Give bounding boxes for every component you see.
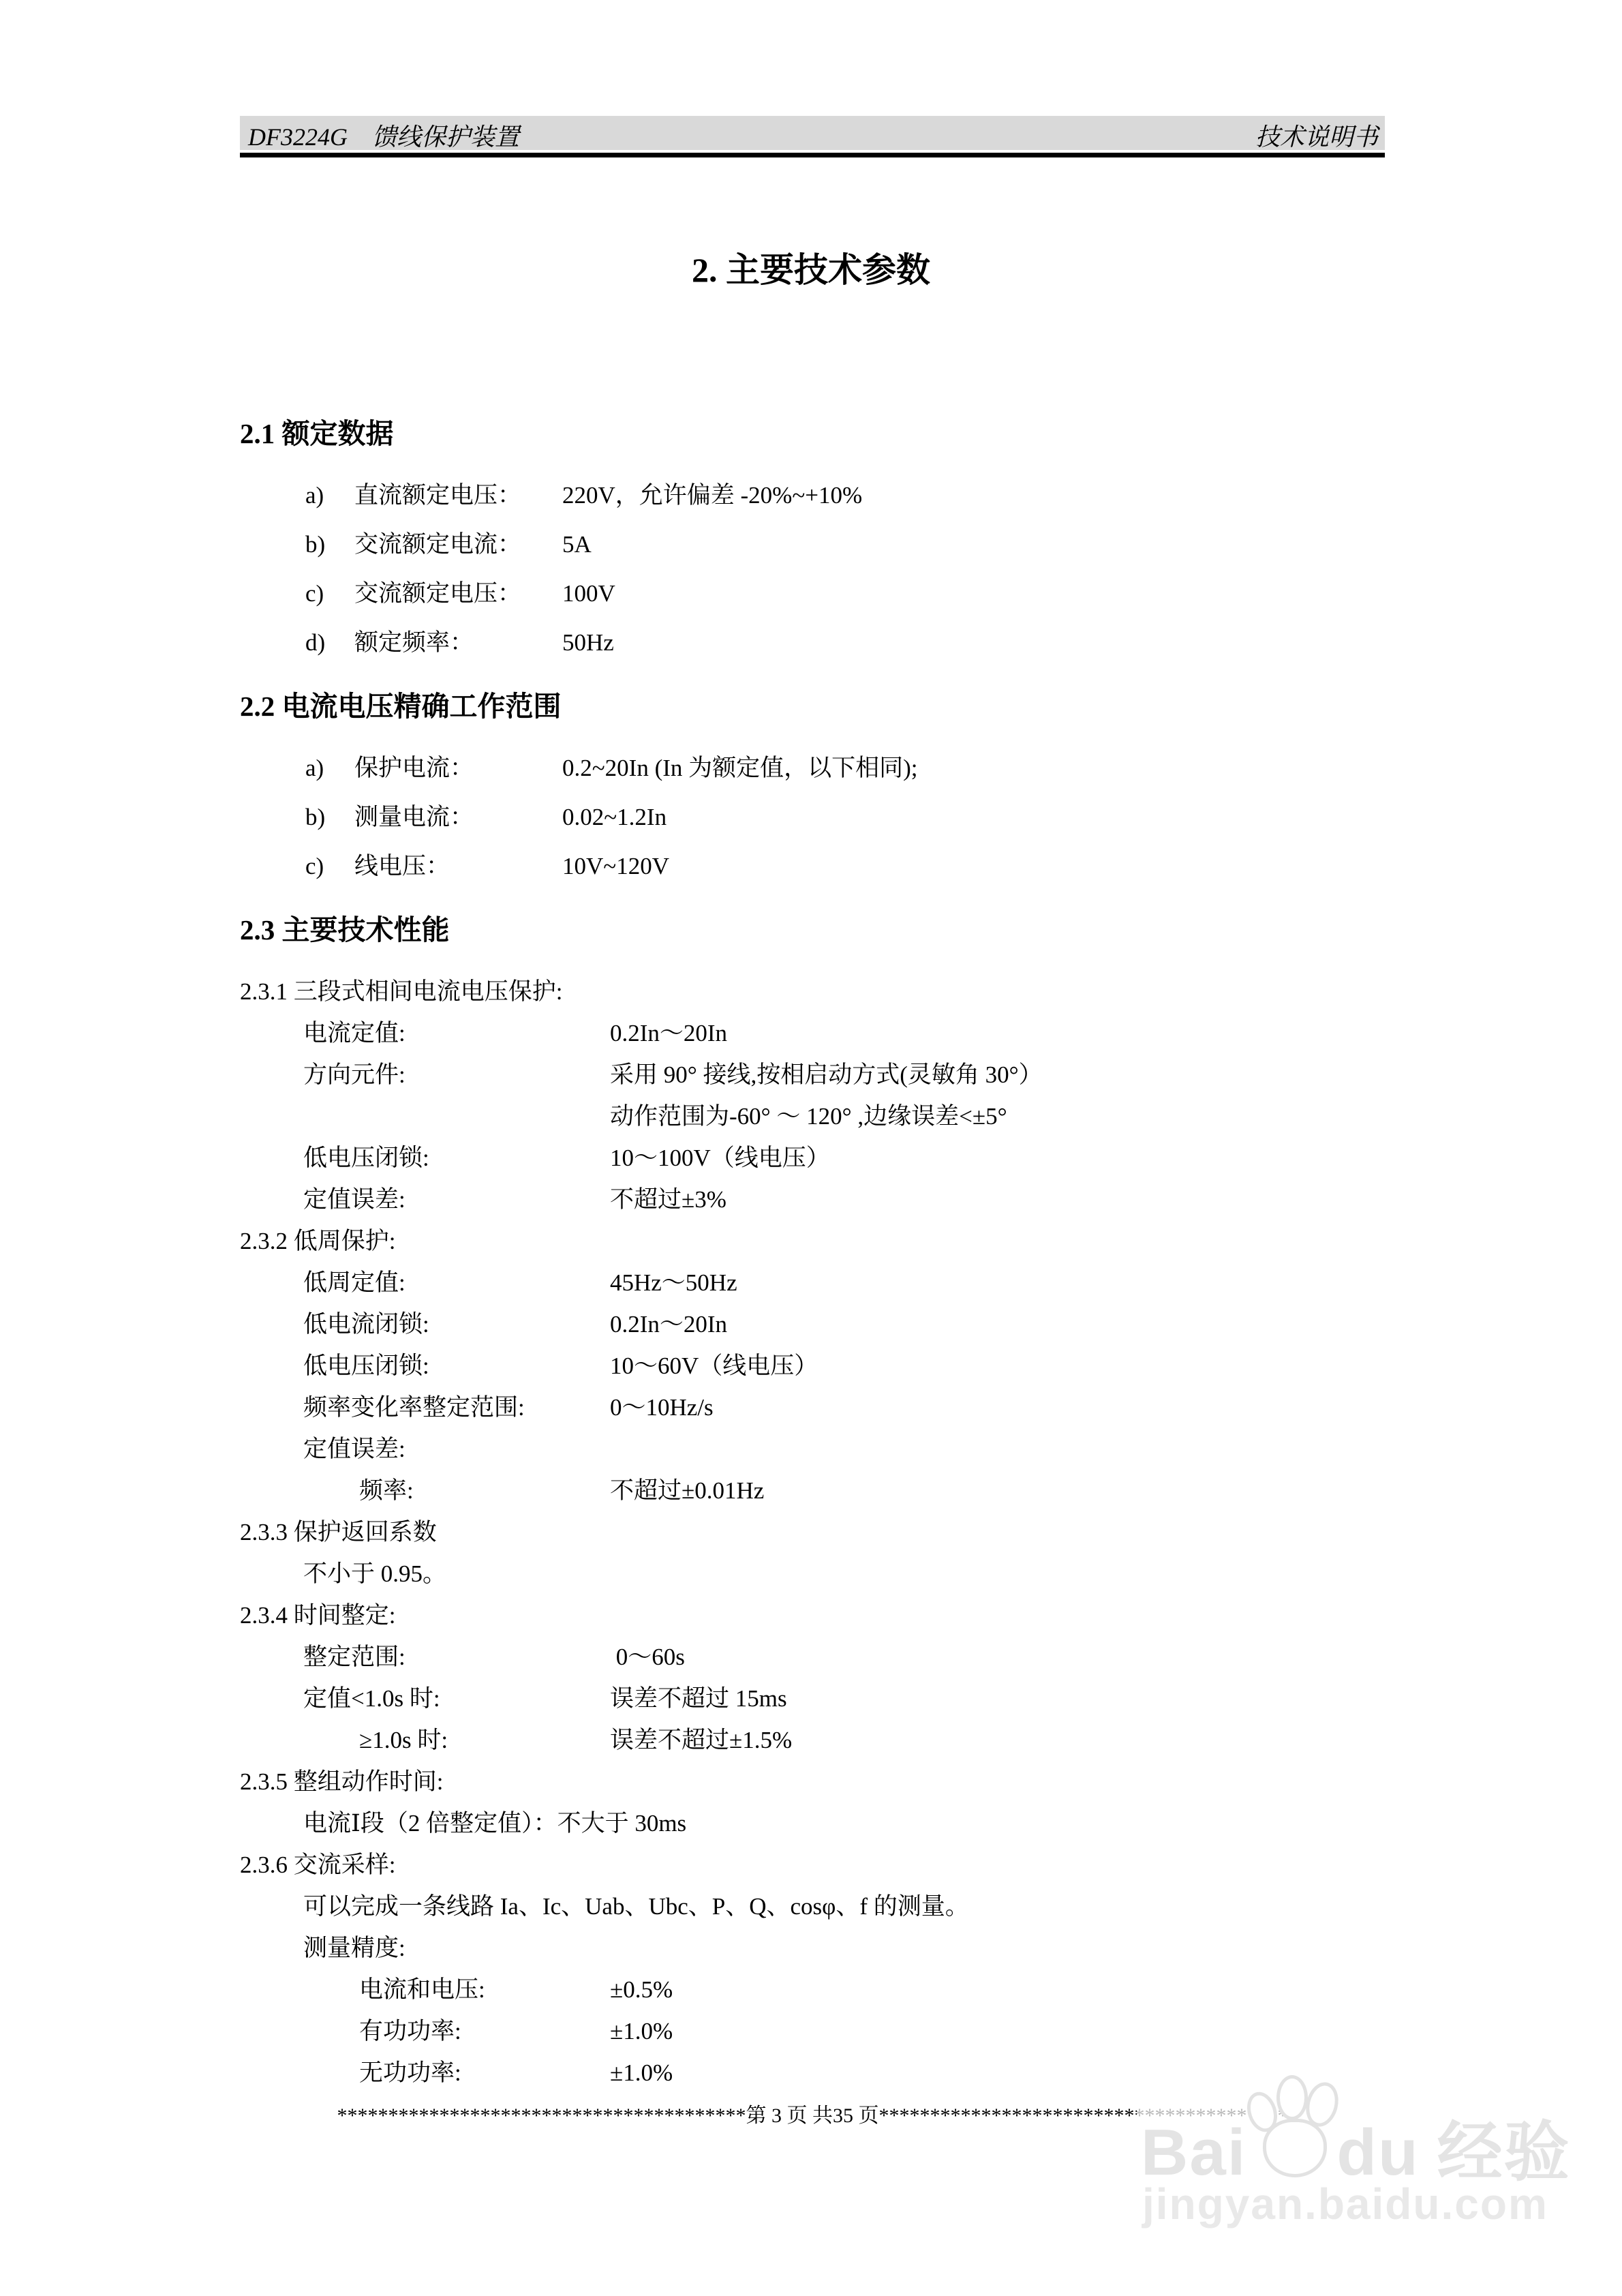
row-plain: 可以完成一条线路 Ia、Ic、Uab、Ubc、P、Q、cosφ、f 的测量。	[240, 1892, 1398, 1922]
row-label: 额定频率：	[354, 628, 562, 658]
row-text: 2.3.6 交流采样:	[240, 1850, 395, 1880]
row-value: 10～100V（线电压）	[610, 1145, 830, 1171]
row-label: 低电压闭锁:	[303, 1143, 610, 1173]
row-label: 低电流闭锁:	[303, 1310, 610, 1340]
header-rule	[240, 153, 1385, 157]
row-label: 交流额定电流：	[354, 530, 562, 560]
header-device-title: DF3224G 馈线保护装置	[248, 118, 519, 153]
row-value: 0.2~20In (In 为额定值，以下相同);	[562, 755, 918, 781]
row-value: 100V	[562, 580, 615, 607]
header-doc-type: 技术说明书	[1255, 118, 1378, 153]
row-label: 频率变化率整定范围:	[303, 1393, 610, 1423]
row-text: 2.3 主要技术性能	[240, 914, 450, 946]
row-item: c)交流额定电压：100V	[240, 579, 1398, 609]
row-kv: 电流定值:0.2In～20In	[240, 1018, 1398, 1048]
watermark-url: jingyan.baidu.com	[1142, 2179, 1548, 2229]
row-kv2: 有功功率:±1.0%	[240, 2016, 1398, 2046]
row-kv: 低电压闭锁:10～100V（线电压）	[240, 1143, 1398, 1173]
page-title: 2. 主要技术参数	[0, 243, 1622, 292]
row-sub: 2.3.6 交流采样:	[240, 1850, 1398, 1880]
row-value: ±0.5%	[610, 1976, 673, 2003]
row-item: b)测量电流：0.02~1.2In	[240, 802, 1398, 832]
row-label: 交流额定电压：	[354, 579, 562, 609]
row-label: 直流额定电压：	[354, 481, 562, 511]
row-kv2: 电流和电压:±0.5%	[240, 1975, 1398, 2005]
item-marker: d)	[305, 628, 354, 658]
row-item: a)保护电流：0.2~20In (In 为额定值，以下相同);	[240, 753, 1398, 783]
watermark-brand-cn: 经验	[1437, 2120, 1571, 2186]
watermark-brand: Bai du 经验	[1141, 2075, 1571, 2186]
row-value: 0～60s	[610, 1644, 685, 1670]
item-marker: a)	[305, 481, 354, 511]
row-text: 电流Ⅰ段（2 倍整定值）：不大于 30ms	[303, 1809, 686, 1839]
item-marker: b)	[305, 802, 354, 832]
row-plain: 电流Ⅰ段（2 倍整定值）：不大于 30ms	[240, 1809, 1398, 1839]
row-text: 2.1 额定数据	[240, 418, 394, 449]
row-kv2: ≥1.0s 时:误差不超过±1.5%	[240, 1725, 1398, 1755]
row-label: 频率:	[359, 1476, 610, 1506]
row-text: 2.3.1 三段式相间电流电压保护:	[240, 977, 562, 1007]
row-value: 45Hz～50Hz	[610, 1269, 737, 1296]
watermark-brand-suffix: du	[1336, 2120, 1419, 2186]
row-text: 2.2 电流电压精确工作范围	[240, 691, 562, 722]
row-label: 方向元件:	[303, 1060, 610, 1090]
row-item: d)额定频率：50Hz	[240, 628, 1398, 658]
row-label: 有功功率:	[359, 2016, 610, 2046]
row-label: 无功功率:	[359, 2058, 610, 2088]
row-sec: 2.2 电流电压精确工作范围	[240, 689, 1398, 723]
row-kv: 定值<1.0s 时:误差不超过 15ms	[240, 1684, 1398, 1714]
page-header-band: DF3224G 馈线保护装置 技术说明书	[240, 116, 1385, 150]
row-value: 误差不超过±1.5%	[610, 1727, 792, 1753]
row-label: 定值误差:	[303, 1434, 610, 1464]
row-text: 可以完成一条线路 Ia、Ic、Uab、Ubc、P、Q、cosφ、f 的测量。	[303, 1892, 969, 1922]
row-value: 50Hz	[562, 629, 614, 656]
row-value: 10V~120V	[562, 853, 669, 879]
row-value: 不超过±3%	[610, 1186, 726, 1213]
row-plain: 测量精度:	[240, 1933, 1398, 1963]
row-item: b)交流额定电流：5A	[240, 530, 1398, 560]
row-kv: 低电压闭锁:10～60V（线电压）	[240, 1351, 1398, 1381]
row-plain: 不小于 0.95。	[240, 1559, 1398, 1589]
paw-icon	[1245, 2075, 1341, 2179]
document-page: DF3224G 馈线保护装置 技术说明书 2. 主要技术参数 2.1 额定数据a…	[0, 0, 1622, 2296]
row-label: 测量电流：	[354, 802, 562, 832]
row-label: 定值<1.0s 时:	[303, 1684, 610, 1714]
row-kv2: 频率:不超过±0.01Hz	[240, 1476, 1398, 1506]
footer-page-indicator: 第 3 页 共35 页	[746, 2104, 879, 2127]
row-sec: 2.3 主要技术性能	[240, 913, 1398, 947]
row-item: c)线电压：10V~120V	[240, 851, 1398, 881]
content-rows: 2.1 额定数据a)直流额定电压：220V，允许偏差 -20%~+10%b)交流…	[240, 385, 1398, 2088]
row-sub: 2.3.1 三段式相间电流电压保护:	[240, 977, 1398, 1007]
item-marker: a)	[305, 753, 354, 783]
row-value: 采用 90° 接线,按相启动方式(灵敏角 30°）	[610, 1061, 1043, 1088]
row-label: 低电压闭锁:	[303, 1351, 610, 1381]
row-value: 0.2In～20In	[610, 1020, 727, 1046]
row-kv: 低周定值:45Hz～50Hz	[240, 1268, 1398, 1298]
baidu-watermark: Bai du 经验 jingyan.baidu.com	[1137, 2045, 1622, 2250]
row-text: 2.3.4 时间整定:	[240, 1601, 395, 1631]
row-kv: 定值误差:	[240, 1434, 1398, 1464]
row-label: ≥1.0s 时:	[359, 1725, 610, 1755]
row-kv: 方向元件:采用 90° 接线,按相启动方式(灵敏角 30°）	[240, 1060, 1398, 1090]
item-marker: b)	[305, 530, 354, 560]
row-kv: 低电流闭锁:0.2In～20In	[240, 1310, 1398, 1340]
row-label: 电流定值:	[303, 1018, 610, 1048]
row-value: 0.02~1.2In	[562, 804, 667, 830]
row-sub: 2.3.2 低周保护:	[240, 1226, 1398, 1256]
item-marker: c)	[305, 579, 354, 609]
row-value: ±1.0%	[610, 2018, 673, 2044]
row-text: 2.3.2 低周保护:	[240, 1226, 395, 1256]
row-value: 0.2In～20In	[610, 1311, 727, 1338]
row-value: 动作范围为-60° ～ 120° ,边缘误差<±5°	[610, 1102, 1007, 1132]
watermark-brand-prefix: Bai	[1141, 2120, 1246, 2186]
row-cont: 动作范围为-60° ～ 120° ,边缘误差<±5°	[240, 1102, 1398, 1132]
row-text: 测量精度:	[303, 1933, 405, 1963]
row-value: 误差不超过 15ms	[610, 1685, 787, 1712]
row-sub: 2.3.5 整组动作时间:	[240, 1767, 1398, 1797]
row-label: 保护电流：	[354, 753, 562, 783]
row-value: 220V，允许偏差 -20%~+10%	[562, 482, 862, 509]
item-marker: c)	[305, 851, 354, 881]
row-text: 2.3.5 整组动作时间:	[240, 1767, 443, 1797]
row-sub: 2.3.3 保护返回系数	[240, 1517, 1398, 1547]
row-text: 2.3.3 保护返回系数	[240, 1517, 437, 1547]
footer-stars-left: ****************************************	[337, 2104, 746, 2127]
row-text: 不小于 0.95。	[303, 1559, 446, 1589]
row-sub: 2.3.4 时间整定:	[240, 1601, 1398, 1631]
row-label: 线电压：	[354, 851, 562, 881]
row-label: 电流和电压:	[359, 1975, 610, 2005]
row-label: 整定范围:	[303, 1642, 610, 1672]
row-value: 不超过±0.01Hz	[610, 1477, 764, 1504]
row-sec: 2.1 额定数据	[240, 417, 1398, 451]
row-value: 10～60V（线电压）	[610, 1353, 818, 1379]
row-value: 0～10Hz/s	[610, 1394, 714, 1421]
row-value: 5A	[562, 531, 592, 558]
row-label: 定值误差:	[303, 1185, 610, 1215]
row-value: ±1.0%	[610, 2059, 673, 2086]
row-kv: 定值误差:不超过±3%	[240, 1185, 1398, 1215]
row-kv: 整定范围: 0～60s	[240, 1642, 1398, 1672]
row-item: a)直流额定电压：220V，允许偏差 -20%~+10%	[240, 481, 1398, 511]
row-kv: 频率变化率整定范围:0～10Hz/s	[240, 1393, 1398, 1423]
row-label: 低周定值:	[303, 1268, 610, 1298]
